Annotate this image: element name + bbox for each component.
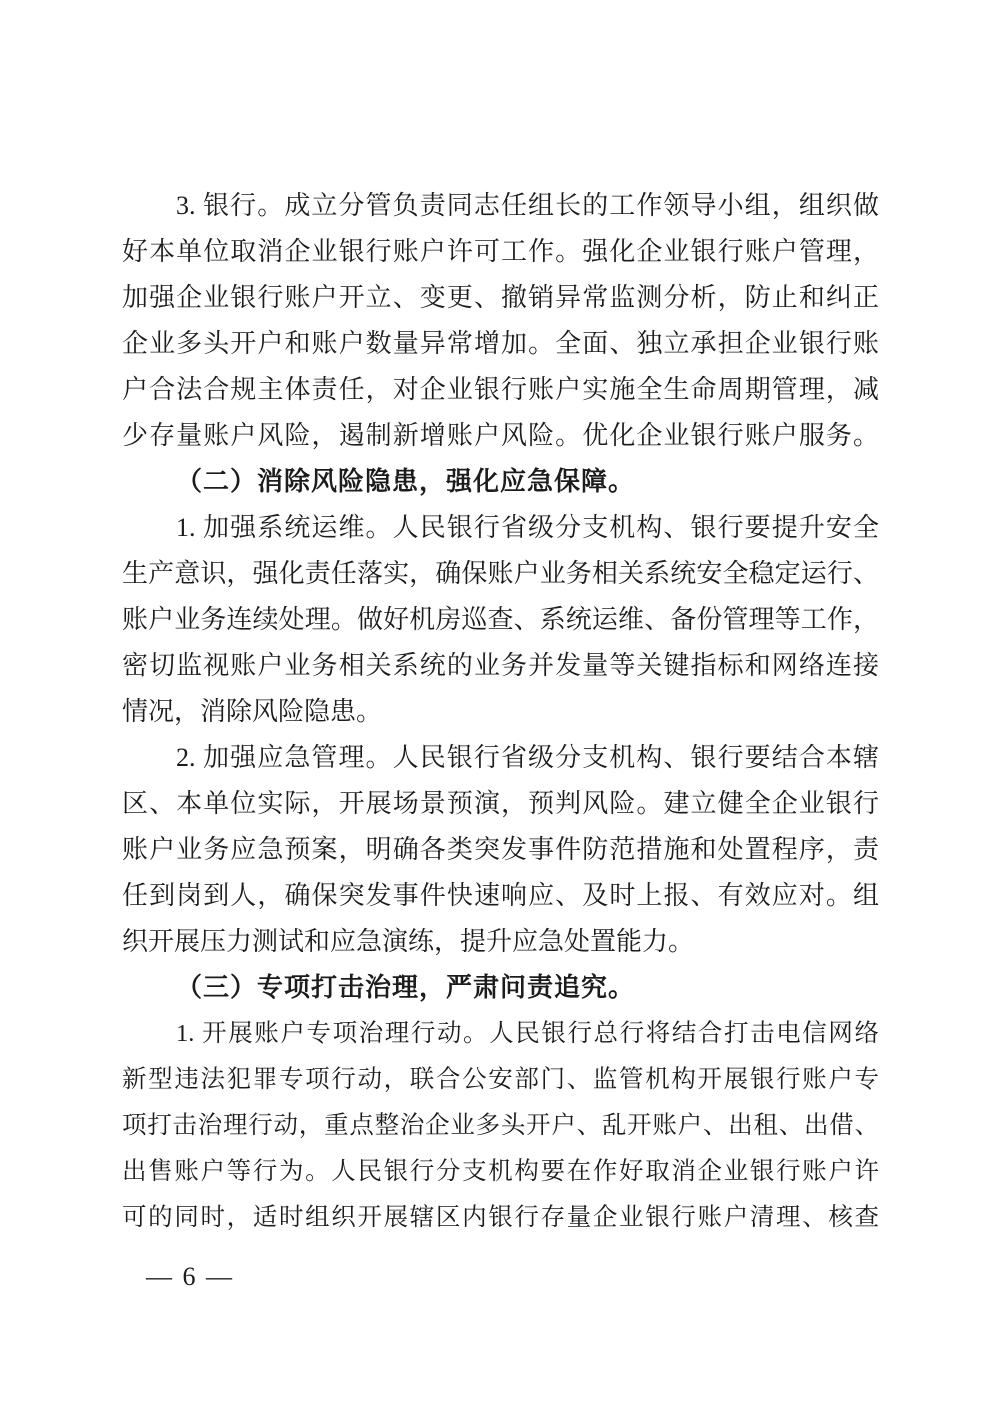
body-text-line: 少存量账户风险，遏制新增账户风险。优化企业银行账户服务。 (122, 413, 879, 459)
body-text-line: 3. 银行。成立分管负责同志任组长的工作领导小组，组织做 (122, 183, 879, 229)
body-text-line: 生产意识，强化责任落实，确保账户业务相关系统安全稳定运行、 (122, 551, 879, 597)
body-text-line: 情况，消除风险隐患。 (122, 689, 879, 735)
body-text-line: 账户业务应急预案，明确各类突发事件防范措施和处置程序，责 (122, 827, 879, 873)
document-body: 3. 银行。成立分管负责同志任组长的工作领导小组，组织做好本单位取消企业银行账户… (122, 183, 879, 1241)
page-number: — 6 — (146, 1262, 234, 1292)
body-text-line: 2. 加强应急管理。人民银行省级分支机构、银行要结合本辖 (122, 735, 879, 781)
body-text-line: 区、本单位实际，开展场景预演，预判风险。建立健全企业银行 (122, 781, 879, 827)
section-heading-line: （二）消除风险隐患，强化应急保障。 (122, 459, 879, 505)
body-text-line: 企业多头开户和账户数量异常增加。全面、独立承担企业银行账 (122, 321, 879, 367)
body-text-line: 账户业务连续处理。做好机房巡查、系统运维、备份管理等工作， (122, 597, 879, 643)
body-text-line: 出售账户等行为。人民银行分支机构要在作好取消企业银行账户许 (122, 1149, 879, 1195)
body-text-line: 1. 开展账户专项治理行动。人民银行总行将结合打击电信网络 (122, 1011, 879, 1057)
body-text-line: 可的同时，适时组织开展辖区内银行存量企业银行账户清理、核查 (122, 1195, 879, 1241)
section-heading-line: （三）专项打击治理，严肃问责追究。 (122, 965, 879, 1011)
body-text-line: 密切监视账户业务相关系统的业务并发量等关键指标和网络连接 (122, 643, 879, 689)
body-text-line: 任到岗到人，确保突发事件快速响应、及时上报、有效应对。组 (122, 873, 879, 919)
body-text-line: 加强企业银行账户开立、变更、撤销异常监测分析，防止和纠正 (122, 275, 879, 321)
document-page: 3. 银行。成立分管负责同志任组长的工作领导小组，组织做好本单位取消企业银行账户… (0, 0, 1000, 1415)
body-text-line: 户合法合规主体责任，对企业银行账户实施全生命周期管理，减 (122, 367, 879, 413)
body-text-line: 新型违法犯罪专项行动，联合公安部门、监管机构开展银行账户专 (122, 1057, 879, 1103)
body-text-line: 好本单位取消企业银行账户许可工作。强化企业银行账户管理， (122, 229, 879, 275)
body-text-line: 1. 加强系统运维。人民银行省级分支机构、银行要提升安全 (122, 505, 879, 551)
body-text-line: 项打击治理行动，重点整治企业多头开户、乱开账户、出租、出借、 (122, 1103, 879, 1149)
body-text-line: 织开展压力测试和应急演练，提升应急处置能力。 (122, 919, 879, 965)
